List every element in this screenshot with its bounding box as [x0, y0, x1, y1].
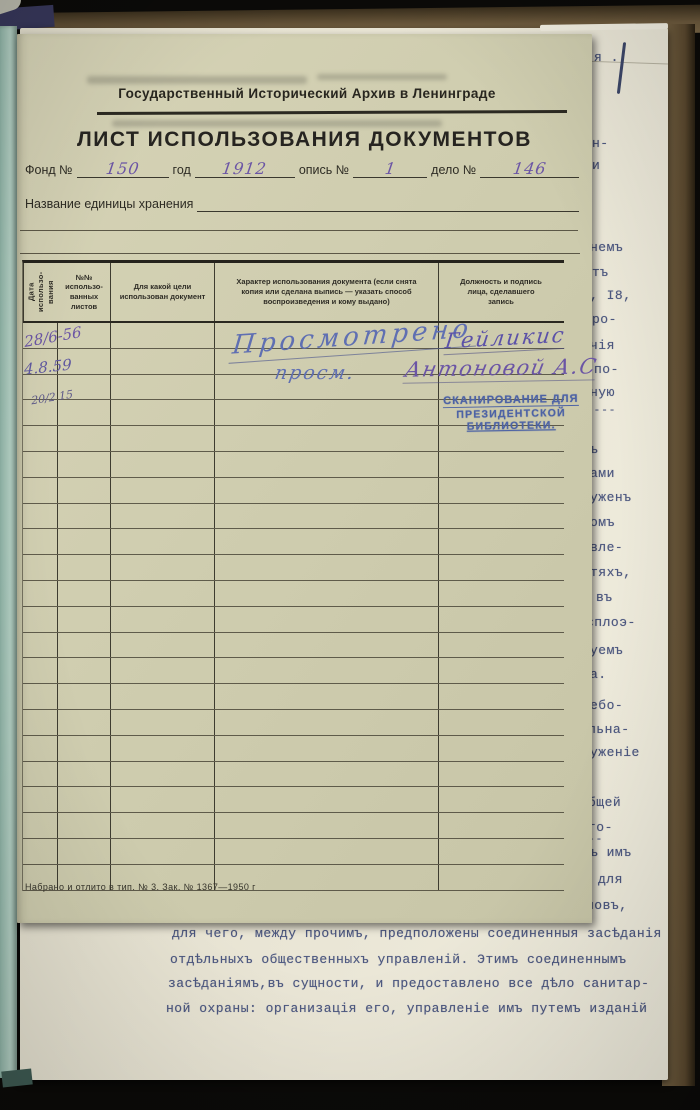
table-cell: [111, 658, 215, 683]
typed-fragment: тяхъ,: [590, 565, 632, 580]
teal-page-corner: [1, 1068, 33, 1087]
table-row: [23, 607, 564, 633]
table-cell: [23, 555, 58, 580]
usage-sheet-form: Государственный Исторический Архив в Лен…: [17, 34, 592, 923]
table-cell: [439, 762, 563, 787]
scan-smudge: [112, 120, 442, 127]
table-cell: [215, 710, 439, 735]
delo-value: 146: [512, 162, 548, 176]
table-row: [23, 504, 564, 530]
typed-fragment: по-: [594, 362, 619, 377]
table-row: [23, 478, 564, 504]
table-cell: [111, 452, 215, 477]
table-cell: [215, 555, 439, 580]
unit-name-field: [197, 196, 579, 212]
table-cell: [215, 607, 439, 632]
god-field: 1912: [195, 162, 295, 178]
table-cell: [215, 504, 439, 529]
table-row: [23, 452, 564, 478]
col-header-date: Дата использо- вания: [23, 263, 58, 321]
table-cell: [111, 529, 215, 554]
table-cell: [215, 787, 439, 812]
table-cell: [111, 710, 215, 735]
table-cell: [111, 581, 215, 606]
table-row: [23, 529, 564, 555]
typed-fragment: новъ,: [586, 898, 628, 913]
table-cell: [23, 684, 58, 709]
table-cell: [58, 581, 111, 606]
typed-text-line: для чего, между прочимъ, предположены со…: [172, 926, 662, 941]
table-cell: [111, 813, 215, 838]
ruled-line: [20, 253, 580, 254]
table-cell: [58, 400, 111, 425]
table-cell: [111, 478, 215, 503]
table-cell: [23, 504, 58, 529]
table-cell: [58, 607, 111, 632]
table-cell: [23, 839, 58, 864]
table-cell: [58, 684, 111, 709]
table-cell: [111, 426, 215, 451]
table-cell: [23, 813, 58, 838]
table-cell: [215, 633, 439, 658]
table-row: [23, 736, 564, 762]
stamp-line-1: СКАНИРОВАНИЕ ДЛЯ: [443, 393, 578, 408]
delo-field: 146: [480, 162, 579, 178]
table-cell: [439, 658, 563, 683]
table-row: [23, 710, 564, 736]
table-cell: [215, 684, 439, 709]
table-cell: [439, 452, 563, 477]
table-row: [23, 839, 564, 865]
col-header-sheets: №№ использо- ванных листов: [58, 263, 111, 321]
table-cell: [215, 813, 439, 838]
table-cell: [111, 684, 215, 709]
table-cell: [439, 633, 563, 658]
typed-text-line: отдѣльныхъ общественныхъ управленій. Эти…: [170, 952, 627, 967]
entry-signature-2: Антоновой А.С: [402, 354, 599, 383]
table-cell: [439, 813, 563, 838]
table-cell: [439, 710, 563, 735]
typed-fragment: уемъ: [590, 643, 623, 658]
table-cell: [111, 787, 215, 812]
opis-value: 1: [384, 162, 397, 176]
table-cell: [111, 633, 215, 658]
entry-usage-2: просм.: [273, 362, 357, 384]
table-cell: [23, 736, 58, 761]
table-row: [23, 555, 564, 581]
table-cell: [439, 684, 563, 709]
typed-fragment: льна-: [588, 722, 630, 737]
table-cell: [215, 658, 439, 683]
table-cell: [23, 529, 58, 554]
typed-fragment: ами: [590, 466, 615, 481]
presidential-library-stamp: СКАНИРОВАНИЕ ДЛЯ ПРЕЗИДЕНТСКОЙ БИБЛИОТЕК…: [435, 389, 588, 434]
table-cell: [58, 529, 111, 554]
typed-fragment: и: [592, 158, 600, 173]
table-cell: [58, 478, 111, 503]
col-header-signature: Должность и подпись лица, сделавшего зап…: [439, 263, 563, 321]
table-cell: [215, 400, 439, 425]
typed-fragment: сплоэ-: [586, 615, 636, 630]
typed-fragment: тъ: [592, 265, 609, 280]
table-cell: [111, 839, 215, 864]
table-cell: [58, 736, 111, 761]
table-cell: [58, 813, 111, 838]
table-cell: [23, 658, 58, 683]
table-cell: [58, 839, 111, 864]
fond-value: 150: [105, 162, 141, 176]
table-cell: [23, 710, 58, 735]
table-cell: [439, 504, 563, 529]
table-cell: [439, 478, 563, 503]
table-cell: [215, 529, 439, 554]
table-cell: [111, 504, 215, 529]
typed-fragment: ро-: [592, 312, 617, 327]
table-cell: [215, 478, 439, 503]
ruled-line: [20, 230, 578, 231]
typed-fragment: ъ имъ: [590, 845, 632, 860]
table-row: [23, 658, 564, 684]
table-cell: [23, 478, 58, 503]
table-cell: [439, 787, 563, 812]
archive-name-header: Государственный Исторический Архив в Лен…: [57, 86, 557, 101]
table-row: [23, 787, 564, 813]
table-row: [23, 581, 564, 607]
table-cell: [111, 349, 215, 374]
col-header-purpose: Для какой цели использован документ: [111, 263, 215, 321]
scan-smudge: [87, 76, 307, 84]
table-cell: [58, 426, 111, 451]
form-fields-row: Фонд № 150 год 1912 опись № 1 дело № 146: [25, 162, 583, 178]
fond-label: Фонд №: [25, 163, 73, 178]
typed-fragment: чія: [590, 338, 615, 353]
fond-field: 150: [77, 162, 169, 178]
typed-fragment: въ: [596, 590, 613, 605]
table-cell: [215, 762, 439, 787]
table-cell: [23, 633, 58, 658]
table-cell: [23, 787, 58, 812]
delo-label: дело №: [431, 163, 476, 178]
table-cell: [58, 504, 111, 529]
table-cell: [58, 762, 111, 787]
table-cell: [111, 400, 215, 425]
scan-smudge: [317, 74, 447, 80]
unit-name-label: Название единицы хранения: [25, 197, 193, 212]
table-cell: [215, 452, 439, 477]
teal-page-edge: [0, 26, 17, 1078]
form-title: ЛИСТ ИСПОЛЬЗОВАНИЯ ДОКУМЕНТОВ: [17, 128, 592, 152]
table-cell: [58, 452, 111, 477]
typed-fragment: омъ: [590, 515, 615, 530]
table-cell: [58, 710, 111, 735]
typed-fragment: немъ: [590, 240, 623, 255]
table-cell: [23, 607, 58, 632]
god-value: 1912: [221, 162, 268, 176]
table-cell: [439, 736, 563, 761]
god-label: год: [173, 163, 191, 178]
table-row: [23, 813, 564, 839]
table-cell: [58, 658, 111, 683]
table-cell: [23, 581, 58, 606]
unit-name-row: Название единицы хранения: [25, 196, 583, 212]
table-row: [23, 684, 564, 710]
print-shop-imprint: Набрано и отлито в тип. № 3. Зак. № 1367…: [25, 882, 256, 892]
table-cell: [111, 375, 215, 400]
table-cell: [215, 581, 439, 606]
table-cell: [58, 787, 111, 812]
table-cell: [439, 839, 563, 864]
table-cell: [439, 555, 563, 580]
typed-fragment: бщей: [588, 795, 621, 810]
typed-fragment: ебо-: [590, 698, 623, 713]
typed-fragment: уженъ: [590, 490, 632, 505]
typed-fragment: я .: [594, 50, 619, 65]
stacked-sheet-edge: [540, 23, 668, 31]
table-cell: [439, 529, 563, 554]
typed-text-line: ной охраны: организація его, управленіе …: [166, 1001, 647, 1016]
typed-text-line: засѣданіямъ,въ сущности, и предоставлено…: [168, 976, 649, 991]
table-cell: [23, 426, 58, 451]
table-cell: [215, 736, 439, 761]
typed-fragment: , I8,: [590, 288, 632, 303]
table-cell: [111, 555, 215, 580]
typed-fragment: для: [598, 872, 623, 887]
table-cell: [111, 607, 215, 632]
table-cell: [111, 762, 215, 787]
table-cell: [23, 762, 58, 787]
typed-fragment: ную: [590, 385, 615, 400]
table-cell: [23, 452, 58, 477]
table-cell: [439, 581, 563, 606]
table-cell: [58, 633, 111, 658]
table-header-row: Дата использо- вания №№ использо- ванных…: [23, 263, 564, 323]
opis-label: опись №: [299, 163, 349, 178]
typed-fragment: вле-: [590, 540, 623, 555]
table-cell: [215, 839, 439, 864]
table-cell: [58, 555, 111, 580]
opis-field: 1: [353, 162, 427, 178]
table-row: [23, 633, 564, 659]
table-cell: [215, 426, 439, 451]
table-row: [23, 762, 564, 788]
header-underline: [97, 110, 567, 115]
scanned-archive-photo: я .н-инемътъ, I8,ро-чіяпо-нуюъамиуженъом…: [0, 0, 700, 1110]
typed-fragment: а.: [590, 667, 607, 682]
table-cell: [439, 865, 563, 890]
table-cell: [111, 736, 215, 761]
table-cell: [111, 323, 215, 348]
table-cell: [439, 607, 563, 632]
col-header-character: Характер использования документа (если с…: [215, 263, 439, 321]
typed-fragment: уженіе: [590, 745, 640, 760]
typed-fragment: н-: [592, 136, 609, 151]
